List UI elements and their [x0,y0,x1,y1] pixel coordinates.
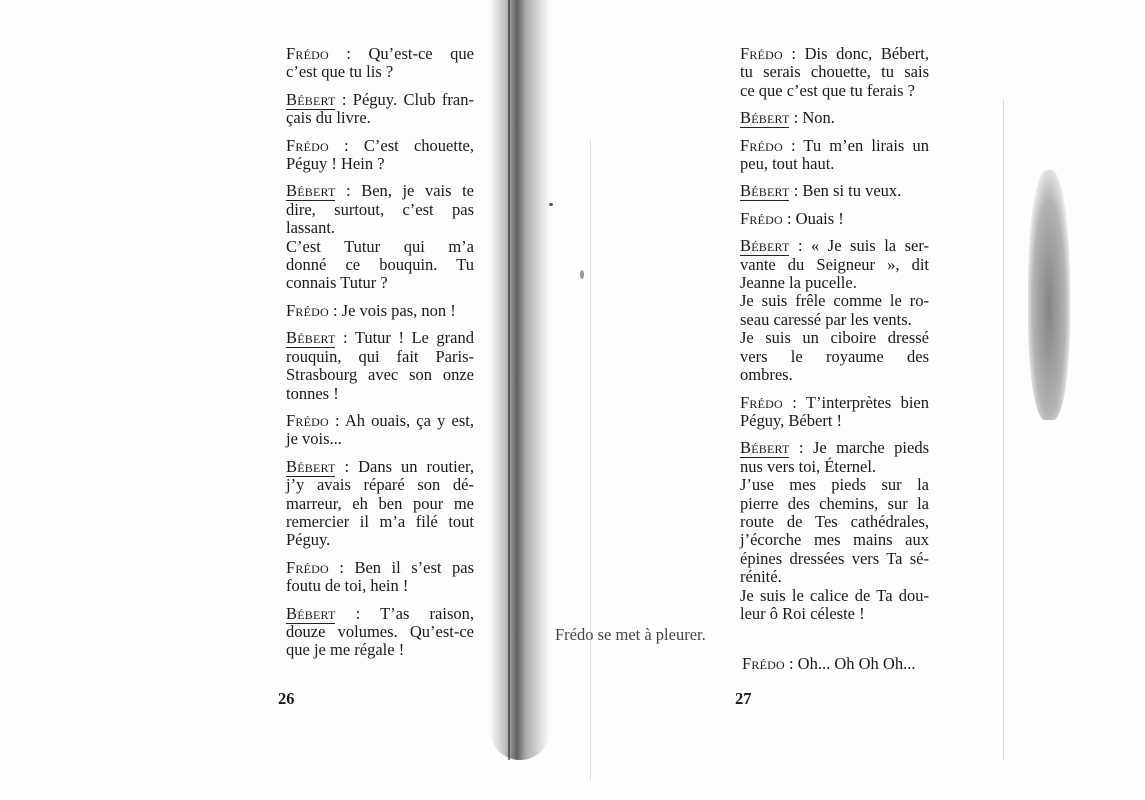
text-line: Frédo : Je vois pas, non ! [286,302,474,320]
text-line: rouquin, qui fait Paris- [286,348,474,366]
text-line: Frédo : Qu’est-ce que [286,45,474,63]
dialogue-paragraph: Frédo : Ben il s’est pasfoutu de toi, he… [286,559,474,596]
speaker-name: Frédo [286,301,329,320]
dialogue-text: : Ah ouais, ça y est, [329,411,474,430]
text-line: j’écorche mes mains aux [740,531,929,549]
gutter-fold-line [508,0,510,760]
dialogue-text: : Ben il s’est pas [329,558,474,577]
text-line: douze volumes. Qu’est-ce [286,623,474,641]
text-line: je vois... [286,430,474,448]
dialogue-text: : Non. [789,108,834,127]
text-line: marreur, eh ben pour me [286,495,474,513]
text-line: Frédo : Ouais ! [740,210,929,228]
text-line: seau caressé par les vents. [740,311,929,329]
dialogue-paragraph: Frédo : T’interprètes bienPéguy, Bébert … [740,394,929,431]
text-line: çais du livre. [286,109,474,127]
text-line: Bébert : Ben, je vais te [286,182,474,200]
dialogue-paragraph: Bébert : Je marche piedsnus vers toi, Ét… [740,439,929,623]
text-line: Frédo : Tu m’en lirais un [740,137,929,155]
speaker-name: Frédo [286,44,329,63]
final-dialogue-line: Frédo : Oh... Oh Oh Oh... [742,654,915,674]
dialogue-text: : Oh... Oh Oh Oh... [785,654,916,673]
text-line: Péguy, Bébert ! [740,412,929,430]
text-line: c’est que tu lis ? [286,63,474,81]
dialogue-paragraph: Bébert : Non. [740,109,929,127]
speaker-name: Frédo [740,209,783,228]
text-line: lassant. [286,219,474,237]
dialogue-paragraph: Frédo : Ah ouais, ça y est,je vois... [286,412,474,449]
page-number-left: 26 [278,689,295,709]
stage-direction: Frédo se met à pleurer. [555,625,706,645]
text-line: Bébert : Péguy. Club fran- [286,91,474,109]
text-line: Bébert : T’as raison, [286,605,474,623]
speaker-name: Frédo [740,136,783,155]
text-line: Je suis un ciboire dressé [740,329,929,347]
dialogue-text: : Je vois pas, non ! [329,301,456,320]
dialogue-paragraph: Frédo : Je vois pas, non ! [286,302,474,320]
dialogue-text: : C’est chouette, [329,136,474,155]
speaker-name: Bébert [286,90,335,110]
text-line: tu serais chouette, tu sais [740,63,929,81]
text-line: j’y avais réparé son dé- [286,476,474,494]
dialogue-paragraph: Frédo : Dis donc, Bébert,tu serais choue… [740,45,929,100]
dialogue-text: : T’interprètes bien [783,393,929,412]
dialogue-text: : Qu’est-ce que [329,44,474,63]
text-line: Frédo : C’est chouette, [286,137,474,155]
dialogue-paragraph: Bébert : Ben si tu veux. [740,182,929,200]
text-line: Bébert : Ben si tu veux. [740,182,929,200]
text-line: vers le royaume des [740,348,929,366]
dialogue-text: : Dans un routier, [335,457,474,476]
dialogue-text: : Dis donc, Bébert, [783,44,929,63]
text-line: Bébert : Dans un routier, [286,458,474,476]
text-line: nus vers toi, Éternel. [740,458,929,476]
text-line: Frédo : Ben il s’est pas [286,559,474,577]
right-page-text-column: Frédo : Dis donc, Bébert,tu serais choue… [740,45,929,632]
dialogue-text: : « Je suis la ser- [789,236,929,255]
dialogue-text: : Tutur ! Le grand [335,328,474,347]
text-line: épines dressées vers Ta sé- [740,550,929,568]
text-line: Bébert : Je marche pieds [740,439,929,457]
dialogue-paragraph: Bébert : Tutur ! Le grandrouquin, qui fa… [286,329,474,403]
speaker-name: Bébert [740,236,789,256]
dialogue-paragraph: Bébert : T’as raison,douze volumes. Qu’e… [286,605,474,660]
text-line: dire, surtout, c’est pas [286,201,474,219]
speaker-name: Frédo [742,654,785,673]
text-line: rénité. [740,568,929,586]
left-page: Frédo : Qu’est-ce quec’est que tu lis ?B… [0,0,500,800]
text-line: Bébert : Non. [740,109,929,127]
speaker-name: Frédo [740,393,783,412]
dialogue-text: : Ouais ! [783,209,844,228]
dialogue-paragraph: Frédo : C’est chouette,Péguy ! Hein ? [286,137,474,174]
dialogue-text: : T’as raison, [335,604,474,623]
text-line: foutu de toi, hein ! [286,577,474,595]
text-line: remercier il m’a filé tout [286,513,474,531]
text-line: leur ô Roi céleste ! [740,605,929,623]
text-line: donné ce bouquin. Tu [286,256,474,274]
thumb-smudge [1028,170,1070,420]
dialogue-paragraph: Bébert : « Je suis la ser-vante du Seign… [740,237,929,384]
dialogue-paragraph: Frédo : Qu’est-ce quec’est que tu lis ? [286,45,474,82]
text-line: ce que c’est que tu ferais ? [740,82,929,100]
speaker-name: Bébert [740,438,789,458]
speaker-name: Frédo [286,411,329,430]
text-line: Strasbourg avec son onze [286,366,474,384]
dialogue-text: : Ben, je vais te [335,181,474,200]
text-line: Péguy. [286,531,474,549]
text-line: vante du Seigneur », dit [740,256,929,274]
text-line: Je suis le calice de Ta dou- [740,587,929,605]
text-line: pierre des chemins, sur la [740,495,929,513]
text-line: Jeanne la pucelle. [740,274,929,292]
speaker-name: Bébert [740,181,789,201]
text-line: ombres. [740,366,929,384]
dialogue-text: : Péguy. Club fran- [335,90,474,109]
scan-artifact-line [1003,100,1004,760]
dialogue-text: : Tu m’en lirais un [783,136,929,155]
left-page-text-column: Frédo : Qu’est-ce quec’est que tu lis ?B… [286,45,474,669]
text-line: Je suis frêle comme le ro- [740,292,929,310]
dialogue-paragraph: Bébert : Ben, je vais tedire, surtout, c… [286,182,474,292]
dialogue-text: : Je marche pieds [789,438,929,457]
text-line: connais Tutur ? [286,274,474,292]
text-line: Péguy ! Hein ? [286,155,474,173]
dialogue-paragraph: Bébert : Dans un routier,j’y avais répar… [286,458,474,550]
speaker-name: Frédo [740,44,783,63]
dialogue-text: : Ben si tu veux. [789,181,901,200]
speaker-name: Bébert [740,108,789,128]
text-line: tonnes ! [286,385,474,403]
text-line: Bébert : Tutur ! Le grand [286,329,474,347]
scan-speck [580,270,584,279]
page-number-right: 27 [735,689,752,709]
speaker-name: Bébert [286,181,335,201]
speaker-name: Frédo [286,558,329,577]
dialogue-paragraph: Frédo : Ouais ! [740,210,929,228]
text-line: C’est Tutur qui m’a [286,238,474,256]
scan-artifact-line [590,140,591,780]
text-line: Frédo : Dis donc, Bébert, [740,45,929,63]
text-line: J’use mes pieds sur la [740,476,929,494]
dialogue-paragraph: Bébert : Péguy. Club fran-çais du livre. [286,91,474,128]
text-line: que je me régale ! [286,641,474,659]
text-line: route de Tes cathédrales, [740,513,929,531]
scan-speck [549,203,553,206]
text-line: peu, tout haut. [740,155,929,173]
speaker-name: Bébert [286,457,335,477]
speaker-name: Bébert [286,604,335,624]
speaker-name: Bébert [286,328,335,348]
speaker-name: Frédo [286,136,329,155]
text-line: Bébert : « Je suis la ser- [740,237,929,255]
text-line: Frédo : T’interprètes bien [740,394,929,412]
dialogue-paragraph: Frédo : Tu m’en lirais unpeu, tout haut. [740,137,929,174]
text-line: Frédo : Ah ouais, ça y est, [286,412,474,430]
